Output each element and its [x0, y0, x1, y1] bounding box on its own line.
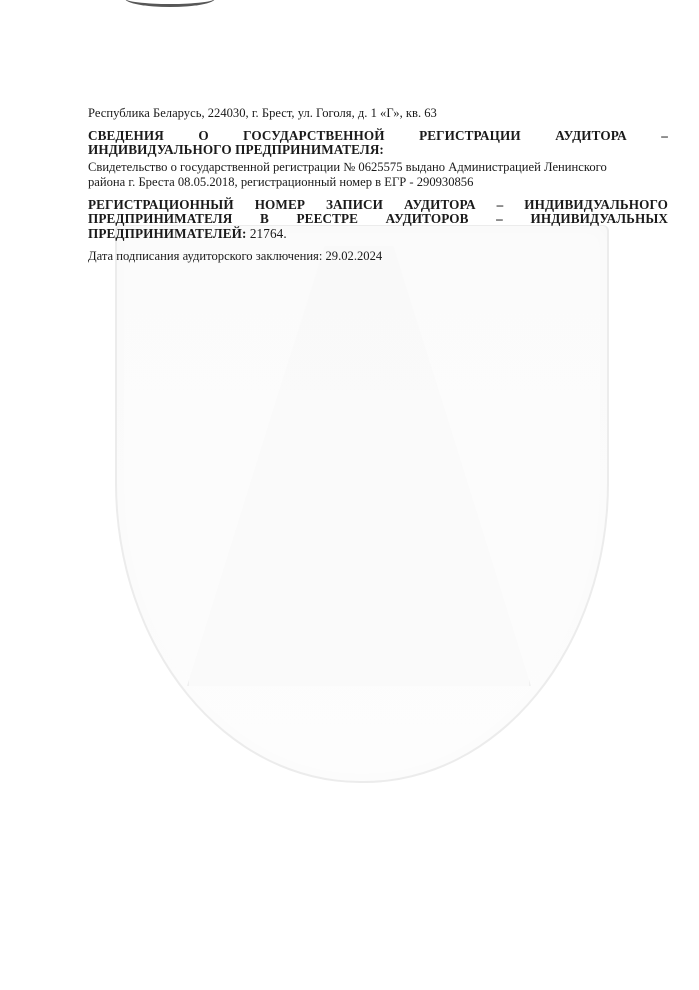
scan-edge-mark	[125, 0, 215, 7]
heading-label: ПРЕДПРИНИМАТЕЛЕЙ:	[88, 226, 246, 241]
document-body: Республика Беларусь, 224030, г. Брест, у…	[88, 106, 668, 265]
shield-watermark	[115, 225, 609, 783]
registry-record-heading: РЕГИСТРАЦИОННЫЙ НОМЕР ЗАПИСИ АУДИТОРА – …	[88, 198, 668, 242]
registration-certificate-text: Свидетельство о государственной регистра…	[88, 160, 668, 176]
watermark-emblem	[187, 246, 531, 686]
heading-line: ИНДИВИДУАЛЬНОГО ПРЕДПРИНИМАТЕЛЯ:	[88, 143, 668, 158]
state-registration-heading: СВЕДЕНИЯ О ГОСУДАРСТВЕННОЙ РЕГИСТРАЦИИ А…	[88, 129, 668, 158]
heading-line: СВЕДЕНИЯ О ГОСУДАРСТВЕННОЙ РЕГИСТРАЦИИ А…	[88, 129, 668, 144]
heading-line: ПРЕДПРИНИМАТЕЛЯ В РЕЕСТРЕ АУДИТОРОВ – ИН…	[88, 212, 668, 227]
state-registration-section: СВЕДЕНИЯ О ГОСУДАРСТВЕННОЙ РЕГИСТРАЦИИ А…	[88, 129, 668, 191]
registration-egr-text: района г. Бреста 08.05.2018, регистрацио…	[88, 175, 668, 191]
state-registration-details: Свидетельство о государственной регистра…	[88, 160, 668, 191]
heading-line: РЕГИСТРАЦИОННЫЙ НОМЕР ЗАПИСИ АУДИТОРА – …	[88, 198, 668, 213]
heading-line-with-value: ПРЕДПРИНИМАТЕЛЕЙ: 21764.	[88, 227, 668, 242]
registry-number: 21764.	[246, 226, 286, 241]
signing-date: Дата подписания аудиторского заключения:…	[88, 249, 668, 265]
auditor-address: Республика Беларусь, 224030, г. Брест, у…	[88, 106, 668, 122]
registry-record-section: РЕГИСТРАЦИОННЫЙ НОМЕР ЗАПИСИ АУДИТОРА – …	[88, 198, 668, 242]
